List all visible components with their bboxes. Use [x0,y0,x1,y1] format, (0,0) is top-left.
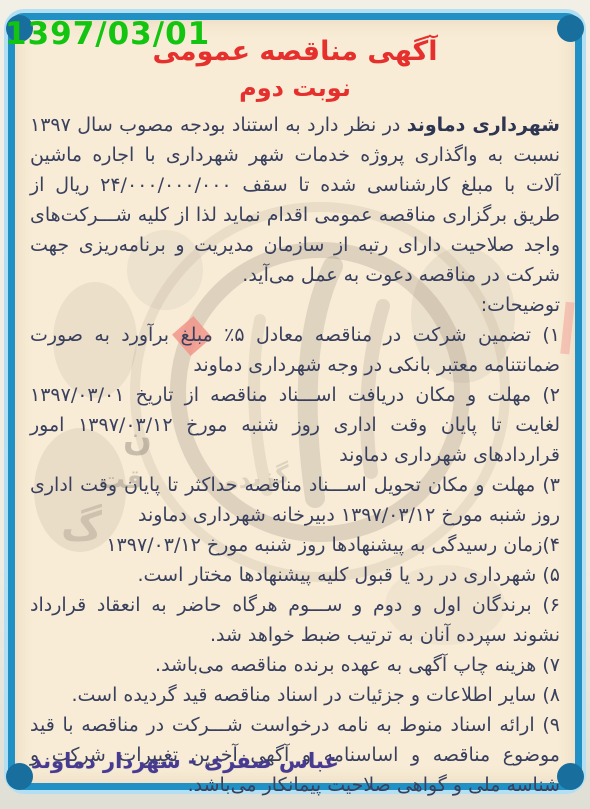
announcement-body: آگهی مناقصه عمومی نوبت دوم شهرداری دماون… [15,20,575,800]
page-subtitle: نوبت دوم [30,72,560,104]
note-item-8: ۸) سایر اطلاعات و جزئیات در اسناد مناقصه… [30,680,560,710]
note-item-1: ۱) تضمین شرکت در مناقصه معادل ۵٪ مبلغ بر… [30,320,560,380]
corner-ornament-bottom-right [557,763,584,790]
corner-ornament-top-right [557,15,584,42]
intro-paragraph: شهرداری دماوند در نظر دارد به استناد بود… [30,110,560,290]
intro-text: در نظر دارد به استناد بودجه مصوب سال ۱۳۹… [30,114,560,286]
corner-ornament-bottom-left [6,763,33,790]
note-item-3: ۳) مهلت و مکان تحویل اســـناد مناقصه حدا… [30,470,560,530]
note-item-6: ۶) برندگان اول و دوم و ســـوم هرگاه حاضر… [30,590,560,650]
note-item-4: ۴)زمان رسیدگی به پیشنهادها روز شنبه مورخ… [30,530,560,560]
mayor-signature: عباس صفری - شهردار دماوند [31,749,339,773]
note-item-5: ۵) شهرداری در رد یا قبول کلیه پیشنهادها … [30,560,560,590]
announcement-frame: ن قت گ گزیده آگهی مناقصه عمومی نوبت دوم … [8,13,582,790]
notes-heading: توضیحات: [30,290,560,320]
date-stamp: 1397/03/01 [5,16,210,52]
note-item-2: ۲) مهلت و مکان دریافت اســـناد مناقصه از… [30,380,560,470]
note-item-7: ۷) هزینه چاپ آگهی به عهده برنده مناقصه م… [30,650,560,680]
intro-lead: شهرداری دماوند [407,114,560,136]
